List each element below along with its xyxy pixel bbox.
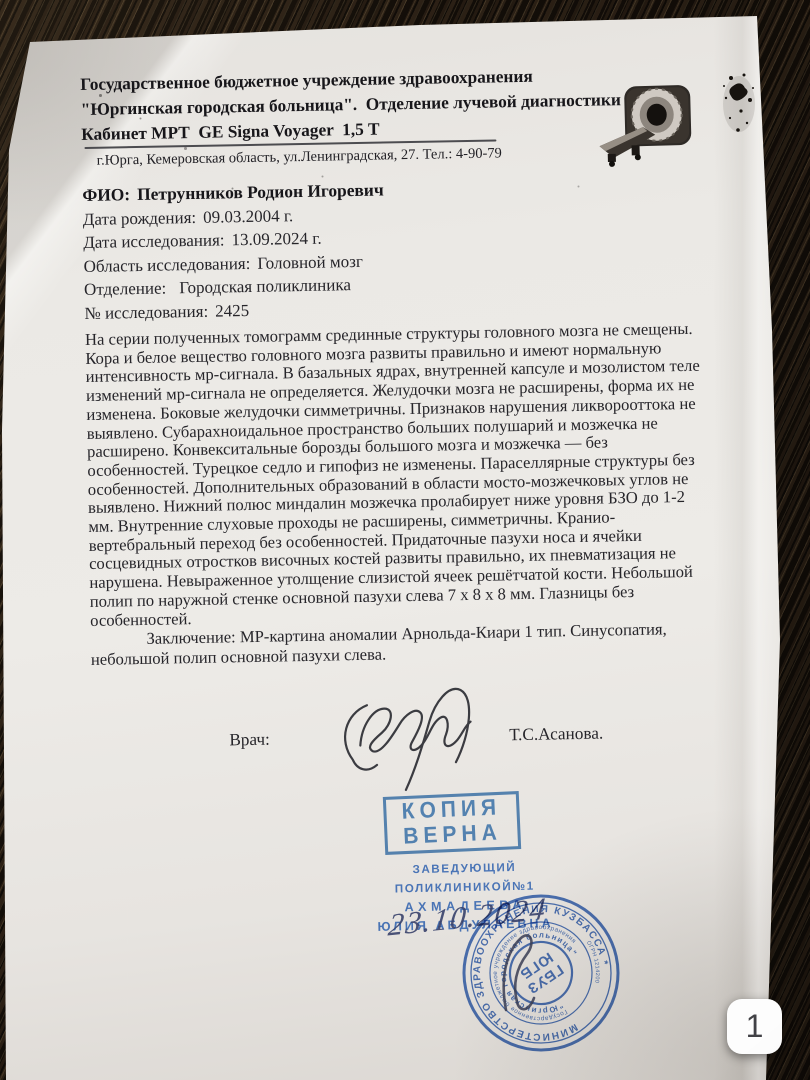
patient-label: Дата исследования: xyxy=(83,230,225,252)
patient-row-study-number: № исследования:2425 xyxy=(84,296,386,325)
patient-value: 13.09.2024 г. xyxy=(231,229,321,250)
page-number: 1 xyxy=(727,999,782,1054)
doctor-signature xyxy=(306,675,500,797)
ink-smudge xyxy=(697,38,769,138)
page-number-badge[interactable]: 1 xyxy=(727,999,782,1054)
copy-stamp-line-2: ВЕРНА xyxy=(387,818,518,851)
copy-verna-stamp: КОПИЯ ВЕРНА xyxy=(383,791,521,855)
patient-value: 09.03.2004 г. xyxy=(203,206,293,227)
patient-value: Петрунников Родион Игоревич xyxy=(137,180,384,205)
doctor-name: Т.С.Асанова. xyxy=(509,724,603,746)
document-header: Государственное бюджетное учреждение здр… xyxy=(80,62,641,147)
round-official-seal: МИНИСТЕРСТВО ЗДРАВООХРАНЕНИЯ КУЗБАССА * … xyxy=(448,878,638,1068)
doctor-label: Врач: xyxy=(229,730,270,751)
patient-label: Отделение: xyxy=(84,279,167,300)
findings-text: На серии полученных томограмм срединные … xyxy=(85,319,750,630)
patient-value: Городская поликлиника xyxy=(179,275,351,297)
patient-label: Область исследования: xyxy=(83,253,250,275)
mri-scanner-image xyxy=(596,82,698,170)
patient-label: Дата рождения: xyxy=(83,207,197,228)
patient-info: ФИО:Петрунников Родион Игоревич Дата рож… xyxy=(82,179,386,325)
patient-value: 2425 xyxy=(215,300,249,320)
photo-scene: Государственное бюджетное учреждение здр… xyxy=(0,0,810,1080)
document-paper: Государственное бюджетное учреждение здр… xyxy=(0,0,810,1080)
patient-label: № исследования: xyxy=(84,301,208,322)
patient-label: ФИО: xyxy=(82,184,130,205)
patient-value: Головной мозг xyxy=(257,251,363,272)
